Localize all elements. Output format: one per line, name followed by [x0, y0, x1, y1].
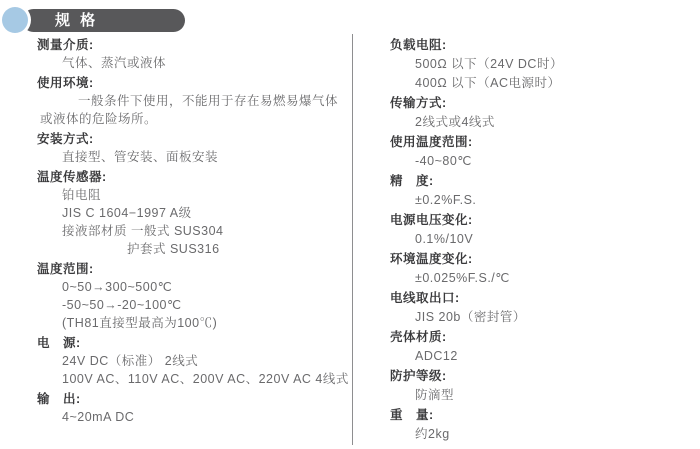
spec-value: ±0.025%F.S./℃ [415, 269, 690, 288]
spec-value: 约2kg [415, 425, 690, 444]
spec-value: 或液体的危险场所。 [40, 110, 345, 128]
spec-value: 100V AC、110V AC、200V AC、220V AC 4线式 [62, 370, 345, 388]
spec-section-temp-sensor: 温度传感器: 铂电阻 JIS C 1604−1997 A级 接液部材质 一般式 … [37, 168, 345, 258]
spec-value: 0.1%/10V [415, 230, 690, 249]
spec-heading: 安装方式: [37, 130, 345, 148]
spec-value: 24V DC（标准） 2线式 [62, 352, 345, 370]
spec-section-voltage-variation: 电源电压变化: 0.1%/10V [390, 211, 690, 249]
banner-pill: 规 格 [22, 9, 185, 32]
spec-heading: 使用环境: [37, 74, 345, 92]
spec-section-housing-material: 壳体材质: ADC12 [390, 328, 690, 366]
spec-heading: 环境温度变化: [390, 250, 690, 269]
spec-section-operating-temp: 使用温度范围: -40~80℃ [390, 133, 690, 171]
spec-value: 4~20mA DC [62, 408, 345, 426]
spec-section-temp-range: 温度范围: 0~50→300~500℃ -50~50→-20~100℃ (TH8… [37, 260, 345, 332]
column-divider [352, 34, 353, 445]
spec-heading: 温度范围: [37, 260, 345, 278]
spec-value: ±0.2%F.S. [415, 191, 690, 210]
page-title: 规 格 [22, 9, 185, 32]
spec-value: -50~50→-20~100℃ [62, 296, 345, 314]
spec-heading: 测量介质: [37, 36, 345, 54]
spec-heading: 重 量: [390, 406, 690, 425]
spec-value: -40~80℃ [415, 152, 690, 171]
spec-column-left: 测量介质: 气体、蒸汽或液体 使用环境: 一般条件下使用，不能用于存在易燃易爆气… [37, 36, 345, 428]
spec-value: 2线式或4线式 [415, 113, 690, 132]
spec-section-protection-class: 防护等级: 防滴型 [390, 367, 690, 405]
spec-heading: 电源电压变化: [390, 211, 690, 230]
spec-heading: 精 度: [390, 172, 690, 191]
spec-section-load-resistance: 负载电阻: 500Ω 以下（24V DC时） 400Ω 以下（AC电源时） [390, 36, 690, 93]
spec-section-wire-outlet: 电线取出口: JIS 20b（密封管） [390, 289, 690, 327]
spec-section-accuracy: 精 度: ±0.2%F.S. [390, 172, 690, 210]
spec-section-mounting: 安装方式: 直接型、管安装、面板安装 [37, 130, 345, 166]
spec-value: 400Ω 以下（AC电源时） [415, 74, 690, 93]
spec-value: 铂电阻 [62, 186, 345, 204]
spec-heading: 传输方式: [390, 94, 690, 113]
section-banner: 规 格 [0, 0, 220, 40]
spec-heading: 温度传感器: [37, 168, 345, 186]
spec-value: 接液部材质 一般式 SUS304 [62, 222, 345, 240]
spec-section-environment: 使用环境: 一般条件下使用，不能用于存在易燃易爆气体 或液体的危险场所。 [37, 74, 345, 128]
spec-value: 气体、蒸汽或液体 [62, 54, 345, 72]
spec-value: JIS C 1604−1997 A级 [62, 204, 345, 222]
spec-heading: 防护等级: [390, 367, 690, 386]
spec-section-weight: 重 量: 约2kg [390, 406, 690, 444]
spec-value: 护套式 SUS316 [127, 240, 345, 258]
spec-value: ADC12 [415, 347, 690, 366]
spec-section-measuring-medium: 测量介质: 气体、蒸汽或液体 [37, 36, 345, 72]
spec-value: 直接型、管安装、面板安装 [62, 148, 345, 166]
spec-section-ambient-variation: 环境温度变化: ±0.025%F.S./℃ [390, 250, 690, 288]
spec-section-power: 电 源: 24V DC（标准） 2线式 100V AC、110V AC、200V… [37, 334, 345, 388]
spec-heading: 使用温度范围: [390, 133, 690, 152]
spec-section-transmission: 传输方式: 2线式或4线式 [390, 94, 690, 132]
spec-value: 一般条件下使用，不能用于存在易燃易爆气体 [78, 92, 345, 110]
spec-value: 防滴型 [415, 386, 690, 405]
spec-heading: 电线取出口: [390, 289, 690, 308]
spec-heading: 壳体材质: [390, 328, 690, 347]
spec-heading: 负载电阻: [390, 36, 690, 55]
spec-section-output: 输 出: 4~20mA DC [37, 390, 345, 426]
spec-heading: 电 源: [37, 334, 345, 352]
spec-value: (TH81直接型最高为100℃) [62, 314, 345, 332]
spec-heading: 输 出: [37, 390, 345, 408]
spec-column-right: 负载电阻: 500Ω 以下（24V DC时） 400Ω 以下（AC电源时） 传输… [390, 36, 690, 445]
spec-value: 500Ω 以下（24V DC时） [415, 55, 690, 74]
decorative-circle-icon [2, 7, 28, 33]
spec-value: JIS 20b（密封管） [415, 308, 690, 327]
spec-value: 0~50→300~500℃ [62, 278, 345, 296]
